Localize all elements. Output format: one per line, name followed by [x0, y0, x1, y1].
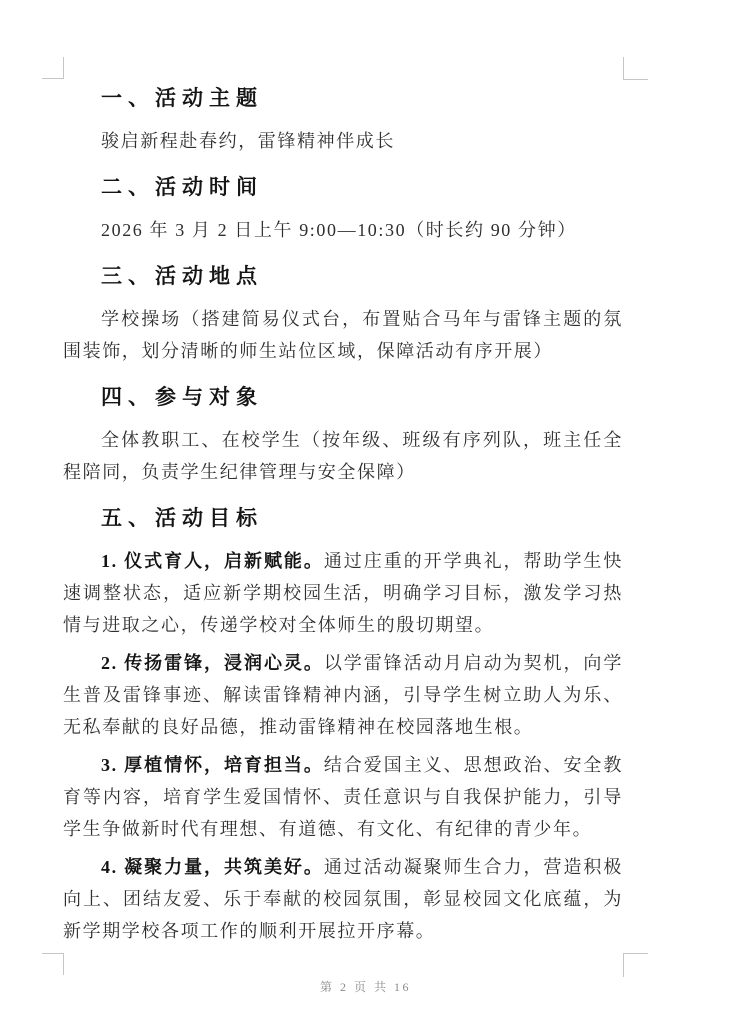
crop-mark-top-left-icon [42, 57, 64, 79]
paragraph-text: 学校操场（搭建简易仪式台，布置贴合马年与雷锋主题的氛围装饰，划分清晰的师生站位区… [63, 309, 623, 361]
crop-mark-bottom-left-icon [42, 953, 64, 975]
goal-paragraph: 2. 传扬雷锋，浸润心灵。以学雷锋活动月启动为契机，向学生普及雷锋事迹、解读雷锋… [63, 647, 623, 743]
goal-lead-phrase: 1. 仪式育人，启新赋能。 [101, 551, 324, 571]
document-section: 二、活动时间2026 年 3 月 2 日上午 9:00—10:30（时长约 90… [63, 175, 623, 246]
crop-mark-bottom-right-icon [623, 953, 648, 977]
body-paragraph: 骏启新程赴春约，雷锋精神伴成长 [63, 125, 623, 157]
goal-paragraph: 3. 厚植情怀，培育担当。结合爱国主义、思想政治、安全教育等内容，培育学生爱国情… [63, 749, 623, 845]
paragraph-text: 2026 年 3 月 2 日上午 9:00—10:30（时长约 90 分钟） [101, 220, 577, 240]
paragraph-text: 骏启新程赴春约，雷锋精神伴成长 [101, 131, 395, 151]
goal-lead-phrase: 2. 传扬雷锋，浸润心灵。 [101, 653, 324, 673]
section-heading: 一、活动主题 [63, 86, 623, 111]
document-section: 一、活动主题骏启新程赴春约，雷锋精神伴成长 [63, 86, 623, 157]
goal-paragraph: 4. 凝聚力量，共筑美好。通过活动凝聚师生合力，营造积极向上、团结友爱、乐于奉献… [63, 851, 623, 947]
goal-paragraph: 1. 仪式育人，启新赋能。通过庄重的开学典礼，帮助学生快速调整状态，适应新学期校… [63, 545, 623, 641]
paragraph-text: 全体教职工、在校学生（按年级、班级有序列队，班主任全程陪同，负责学生纪律管理与安… [63, 430, 623, 482]
document-section: 三、活动地点学校操场（搭建简易仪式台，布置贴合马年与雷锋主题的氛围装饰，划分清晰… [63, 264, 623, 367]
document-page: 一、活动主题骏启新程赴春约，雷锋精神伴成长二、活动时间2026 年 3 月 2 … [0, 0, 731, 1024]
body-paragraph: 2026 年 3 月 2 日上午 9:00—10:30（时长约 90 分钟） [63, 214, 623, 246]
section-heading: 四、参与对象 [63, 385, 623, 410]
document-section: 四、参与对象全体教职工、在校学生（按年级、班级有序列队，班主任全程陪同，负责学生… [63, 385, 623, 488]
section-heading: 二、活动时间 [63, 175, 623, 200]
section-heading: 五、活动目标 [63, 506, 623, 531]
document-section: 五、活动目标1. 仪式育人，启新赋能。通过庄重的开学典礼，帮助学生快速调整状态，… [63, 506, 623, 947]
page-number-footer: 第 2 页 共 16 [0, 978, 731, 995]
section-heading: 三、活动地点 [63, 264, 623, 289]
body-paragraph: 学校操场（搭建简易仪式台，布置贴合马年与雷锋主题的氛围装饰，划分清晰的师生站位区… [63, 303, 623, 367]
goal-lead-phrase: 4. 凝聚力量，共筑美好。 [101, 857, 324, 877]
document-body: 一、活动主题骏启新程赴春约，雷锋精神伴成长二、活动时间2026 年 3 月 2 … [63, 0, 623, 953]
crop-mark-top-right-icon [623, 57, 648, 80]
body-paragraph: 全体教职工、在校学生（按年级、班级有序列队，班主任全程陪同，负责学生纪律管理与安… [63, 424, 623, 488]
goal-lead-phrase: 3. 厚植情怀，培育担当。 [101, 755, 324, 775]
